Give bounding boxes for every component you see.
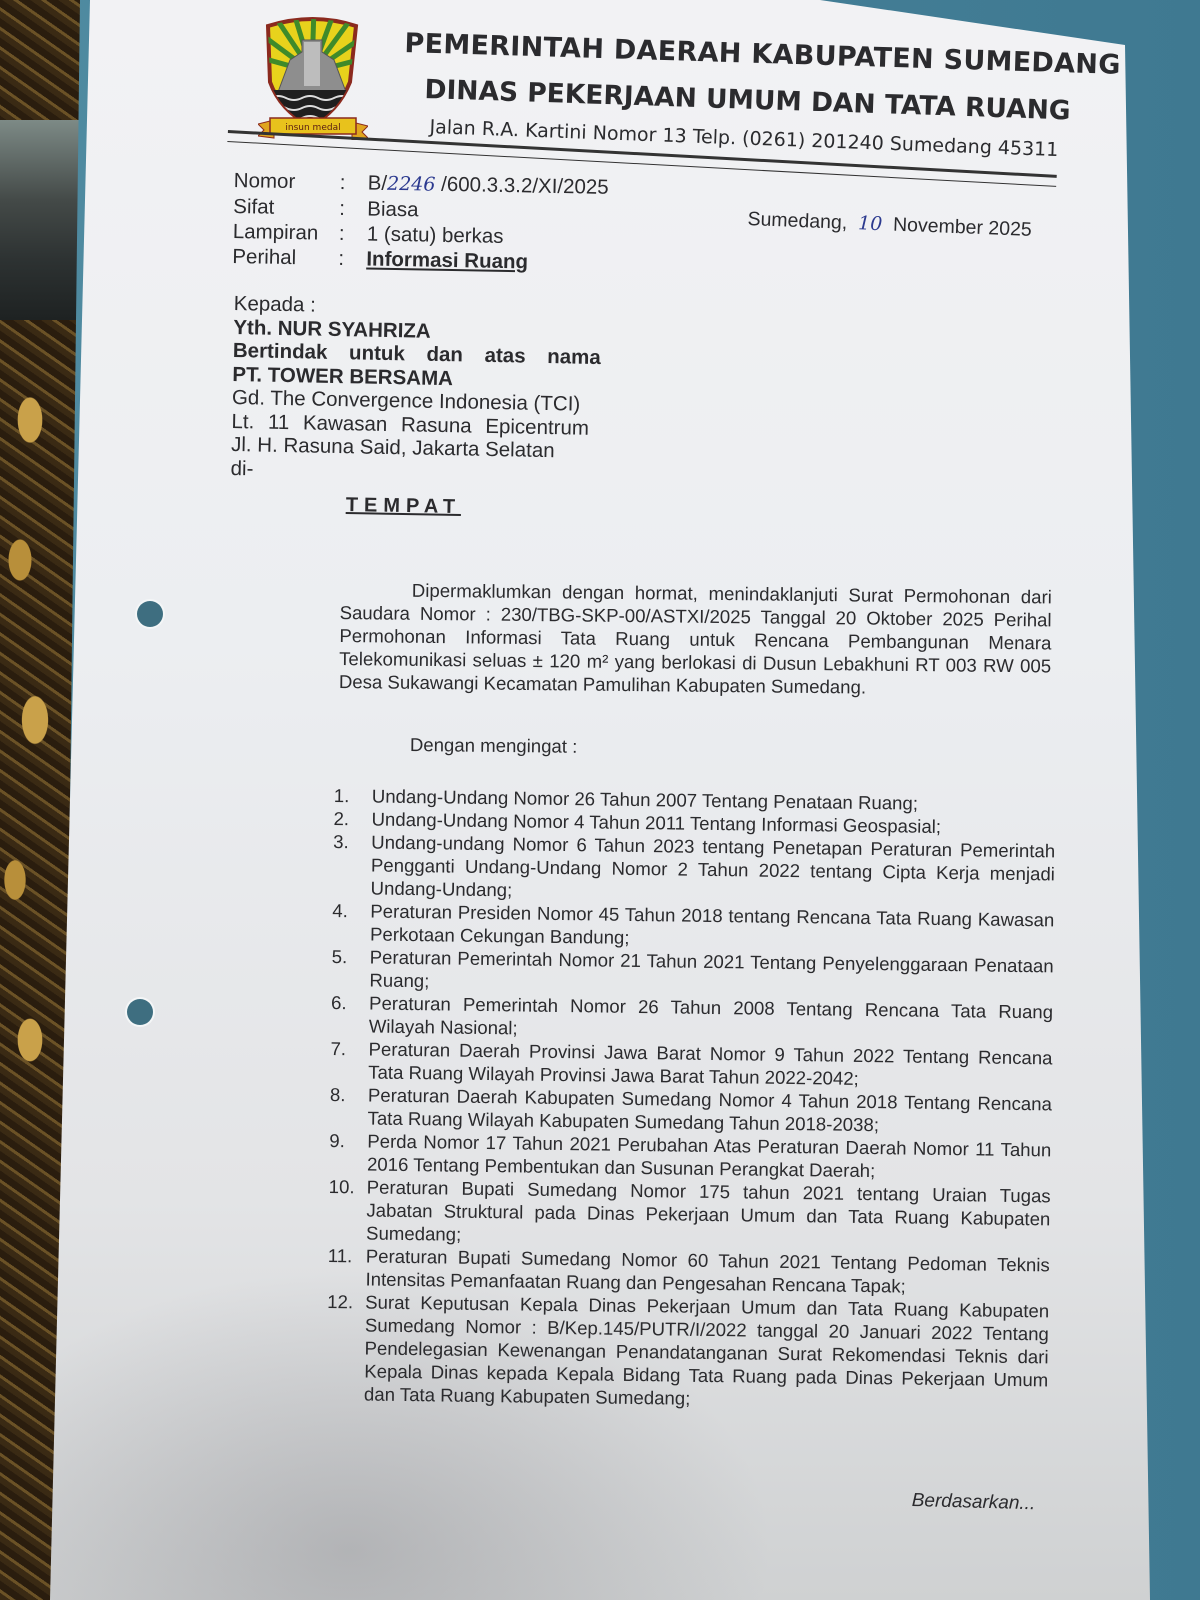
reference-item: 12.Surat Keputusan Kepala Dinas Pekerjaa…	[326, 1290, 1049, 1414]
word: Bertindak	[233, 339, 328, 364]
considering-heading: Dengan mengingat :	[410, 734, 578, 758]
opening-paragraph: Dipermaklumkan dengan hormat, menindakla…	[339, 578, 1052, 700]
reference-text: Undang-undang Nomor 6 Tahun 2023 tentang…	[370, 830, 1055, 908]
nomor-label: Nomor	[234, 168, 340, 196]
reference-number: 7.	[330, 1037, 369, 1083]
perihal-label: Perihal	[232, 244, 338, 271]
reference-item: 3.Undang-undang Nomor 6 Tahun 2023 tenta…	[332, 830, 1055, 908]
sifat-label: Sifat	[233, 194, 339, 221]
svg-text:insun medal: insun medal	[285, 123, 340, 133]
lampiran-value: 1 (satu) berkas	[367, 221, 504, 249]
reference-number: 2.	[333, 807, 371, 830]
reference-number: 12.	[326, 1290, 366, 1405]
logo: insun medal	[258, 12, 368, 140]
reference-number: 4.	[332, 899, 371, 945]
letter-meta: Nomor : B/2246 /600.3.3.2/XI/2025 Sifat …	[232, 168, 609, 276]
page-continuation: Berdasarkan...	[911, 1490, 1035, 1515]
colon: :	[338, 246, 366, 272]
letterhead-government: PEMERINTAH DAERAH KABUPATEN SUMEDANG	[404, 28, 1121, 81]
body-paragraph: Dipermaklumkan dengan hormat, menindakla…	[339, 578, 1052, 700]
word: atas	[484, 344, 525, 368]
reference-number: 1.	[334, 784, 372, 807]
date-day-handwritten: 10	[858, 212, 883, 235]
nomor-handwritten: 2246	[387, 173, 436, 196]
reference-text: Surat Keputusan Kepala Dinas Pekerjaan U…	[364, 1290, 1049, 1414]
reference-number: 9.	[329, 1129, 368, 1175]
reference-number: 5.	[331, 945, 370, 991]
recipient-block: Kepada : Yth. NUR SYAHRIZA Bertindak unt…	[230, 292, 602, 487]
sifat-value: Biasa	[367, 196, 419, 222]
date-place: Sumedang,	[747, 208, 848, 234]
nomor-suffix: /600.3.3.2/XI/2025	[441, 173, 609, 199]
reference-item: 10.Peraturan Bupati Sumedang Nomor 175 t…	[328, 1175, 1051, 1253]
lampiran-label: Lampiran	[233, 219, 339, 246]
reference-text: Peraturan Bupati Sumedang Nomor 175 tahu…	[366, 1175, 1051, 1253]
reference-list: 1.Undang-Undang Nomor 26 Tahun 2007 Tent…	[326, 784, 1056, 1414]
letter-content: insun medal PEMERINTAH DAERAH KABUPATEN …	[0, 0, 1200, 1600]
colon: :	[340, 170, 368, 197]
sumedang-coat-of-arms-icon: insun medal	[258, 12, 368, 140]
letter-date: Sumedang, 10 November 2025	[747, 208, 1032, 242]
colon: :	[339, 196, 367, 222]
reference-number: 6.	[331, 991, 370, 1037]
word: nama	[547, 345, 601, 370]
word: untuk	[349, 341, 405, 366]
colon: :	[339, 221, 367, 247]
reference-number: 10.	[328, 1175, 367, 1244]
date-month-year: November 2025	[893, 214, 1032, 241]
word: dan	[426, 343, 463, 367]
reference-number: 8.	[329, 1083, 368, 1129]
reference-number: 3.	[332, 830, 371, 899]
perihal-value: Informasi Ruang	[366, 246, 528, 274]
nomor-prefix: B/	[368, 171, 388, 194]
reference-number: 11.	[327, 1244, 366, 1290]
recipient-tempat: TEMPAT	[346, 494, 462, 519]
